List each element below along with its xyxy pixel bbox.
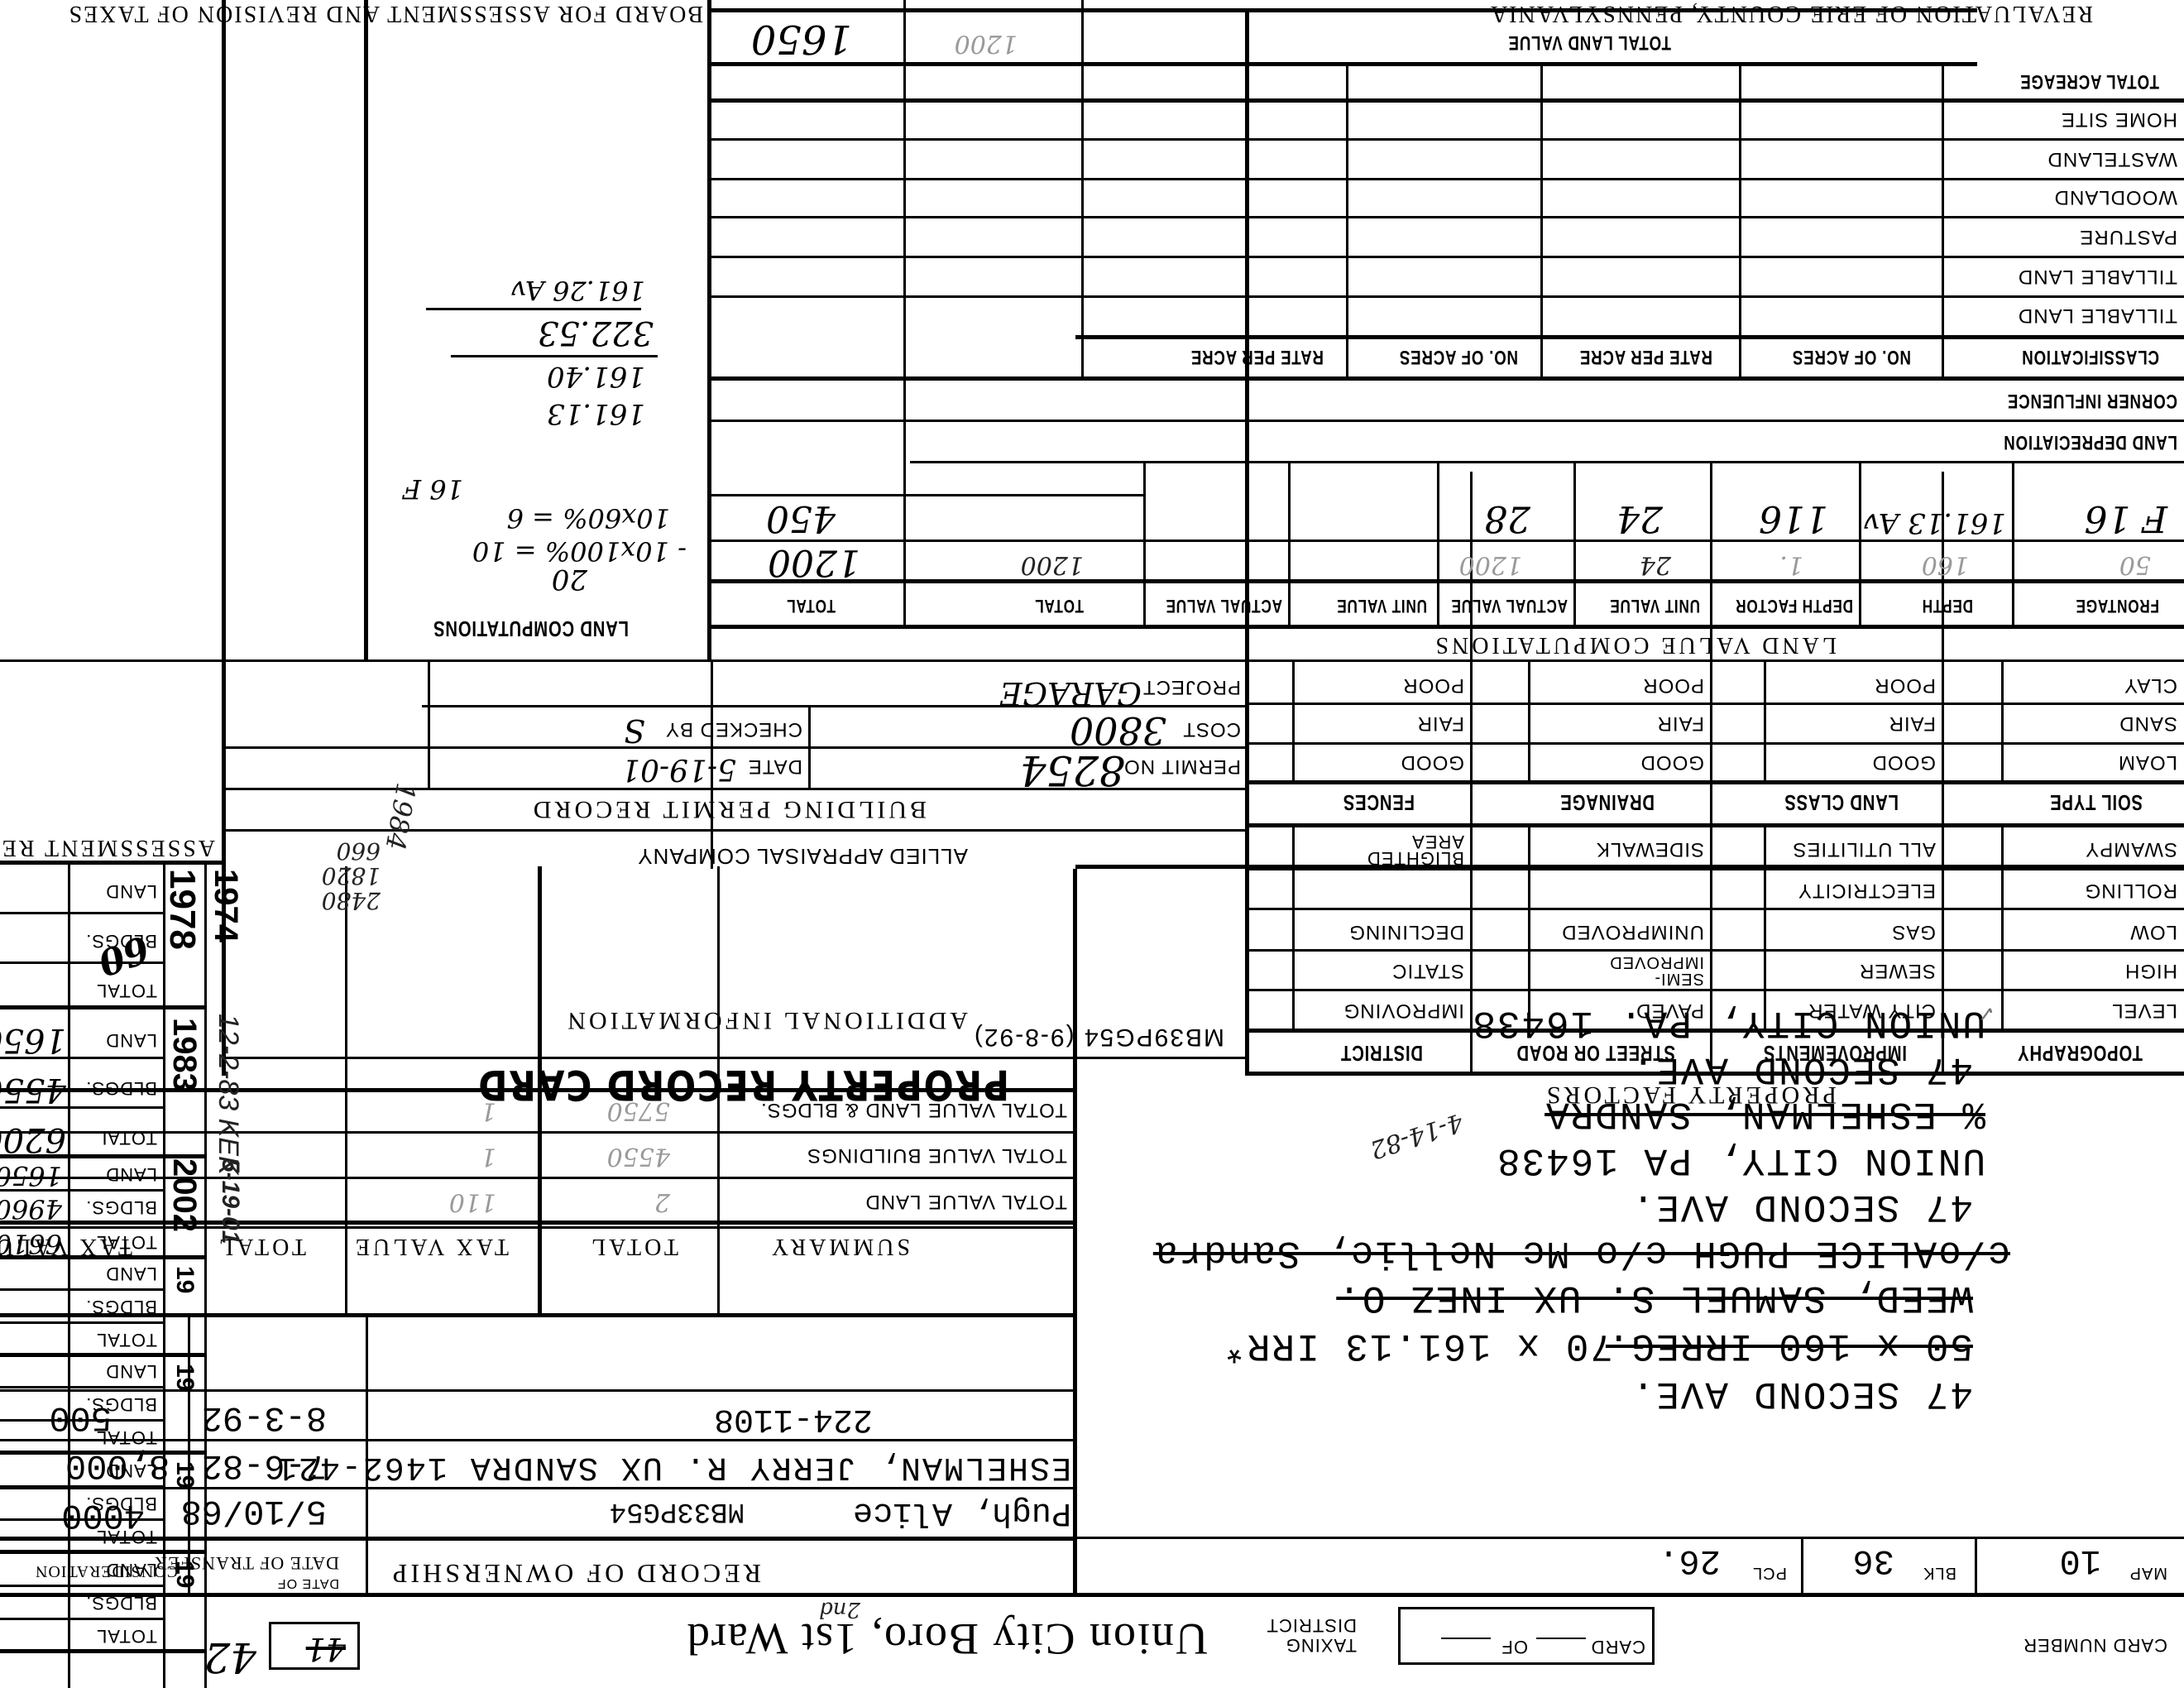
assess-bldgs-label: BLDGS. [85,1493,157,1514]
soil-sand[interactable]: SAND [2119,712,2177,735]
owner-name: ESHELMAN, JERRY R. UX SANDRA 1462-421 [275,1448,1071,1485]
permit-cost-label: COST [1182,717,1241,741]
additional-note: 2480 [322,887,381,914]
drainage-good[interactable]: GOOD [1640,750,1704,774]
class-row-label: HOME SITE [2061,108,2177,131]
assess-land-label: LAND [105,1360,157,1382]
summary-row-total: 2 [654,1187,670,1216]
address-line: 47 SECOND AVE. [1631,1185,1973,1228]
taxing-district-value: Union City Boro, 1st Ward [686,1614,1208,1665]
fences-poor[interactable]: POOR [1402,674,1464,697]
checked-by-label: CHECKED BY [665,717,802,741]
lv-header: ACTUAL VALUE [1451,595,1568,616]
permit-date-value: 5-19-01 [621,752,736,786]
assess-land-label: LAND [105,880,157,902]
pf-topo-item[interactable]: ROLLING [2085,879,2177,902]
total-land-value-b: 1200 [955,29,1018,58]
map-label: MAP [2129,1563,2167,1582]
computation-line: 161.40 [547,360,645,393]
class-header: RATE PER ACRE [1579,345,1712,368]
lv-cell: 50 [2119,550,2151,579]
assess-side-note: 5-19-01 [216,1158,244,1244]
assess-year: 2002 [165,1158,203,1232]
summary-row-label: TOTAL VALUE BUILDINGS [807,1144,1067,1167]
soil-loam[interactable]: LOAM [2118,750,2177,774]
box-annotation: 42 [204,1633,256,1681]
lv-header: UNIT VALUE [1337,595,1427,616]
owner-date: 8-3-92 [202,1398,327,1437]
summary-title: SUMMARY [769,1233,910,1259]
blk-value: 36 [1853,1541,1894,1580]
lv-cell: 450 [766,497,836,539]
assess-year: 1983 [165,1018,203,1091]
pf-impr-item[interactable]: SEWER [1859,959,1936,982]
lv-header: FRONTAGE [2076,595,2159,616]
pf-fences-header: FENCES [1343,789,1415,815]
fences-good[interactable]: GOOD [1401,750,1464,774]
address-annotation: 4-14-82 [1367,1107,1467,1164]
lv-cell: 1200 [1021,550,1084,579]
address-line: 47 SECOND AVE. [1631,1372,1973,1415]
pf-header-improvements: IMPROVEMENTS [1763,1040,1907,1066]
computation-line: 161.13 [547,397,645,430]
lv-header: TOTAL [786,595,836,616]
assess-year: 19 [170,1461,199,1489]
checked-by-value: S [624,712,645,749]
pcl-label: PCL [1752,1563,1787,1582]
computation-line: 20 [552,563,587,596]
summary-row-tax: 1 [481,1142,496,1171]
taxing-district-annotation: 2nd [819,1597,860,1622]
assess-land: 1650 [0,1021,66,1059]
computation-line: 322.53 [538,314,654,352]
owner-name: 224-1108 [714,1400,873,1437]
assess-land-label: LAND [105,1263,157,1284]
assess-bldgs: 4960 [0,1193,62,1225]
pf-street-item[interactable]: PAVED [1636,999,1704,1022]
address-line: c/oALICE PUGH c/o Mc Nellie, Sandra [1153,1231,2010,1274]
assess-land-label: LAND [105,1559,157,1580]
lv-cell: 116 [1759,497,1828,539]
fences-fair[interactable]: FAIR [1417,712,1464,735]
permit-no-value: 8254 [1020,746,1125,794]
land-depreciation-label: LAND DEPRECIATION [2003,430,2177,453]
assess-year: 19 [170,1364,199,1391]
pf-district-item[interactable]: STATIC [1391,959,1464,982]
pf-district-item[interactable]: DECLINING [1348,920,1464,943]
assess-side-note: 1974 [207,869,244,942]
card-number-label: CARD NUMBER [2023,1635,2167,1655]
pf-header-street: STREET OR ROAD [1516,1040,1675,1066]
assess-year: 19 [170,1266,199,1293]
pf-district-item[interactable]: BLIGHTED AREA [1348,833,1464,866]
check-mark-icon: ✓ [1977,1000,1995,1026]
owner-date: 7-6-82 [202,1446,327,1485]
lv-cell: 160 [1922,550,1969,579]
computation-line: 16 F [403,473,463,505]
class-header: CLASSIFICATION [2021,345,2159,368]
computation-line: 161.26 Av [511,275,645,306]
address-line: UNION CITY, PA 16438 [1496,1139,1985,1182]
pf-impr-item[interactable]: ALL UTILITIES [1793,837,1937,861]
property-record-card: CARD NUMBER CARD OF TAXING DISTRICT Unio… [0,0,2184,1688]
property-factors-title: PROPERTY FACTORS [1544,1081,1837,1109]
total-land-value: 1650 [751,16,852,62]
assess-total-label: TOTAL [96,980,157,1001]
assess-land-label: LAND [105,1163,157,1185]
lv-header: TOTAL [1034,595,1084,616]
owner-name: Pugh, Alice [853,1494,1071,1531]
assess-side-note: 12-2-83 KEK [212,1014,244,1175]
pf-impr-item[interactable]: CITY WATER [1808,999,1936,1022]
class-header: NO. OF ACRES [1792,345,1911,368]
assess-bldgs-label: BLDGS. [85,1592,157,1614]
assess-total-label: TOTAL [96,1329,157,1350]
assess-total: 6610 [0,1228,62,1259]
lv-cell: 1. [1779,550,1803,579]
of-label: OF [1501,1636,1528,1657]
land-computations-title: LAND COMPUTATIONS [433,616,629,641]
assess-bldgs-label: BLDGS. [85,1393,157,1415]
appraisal-company: ALLIED APPRAISAL COMPANY [637,843,968,869]
taxing-district-label: TAXING DISTRICT [1249,1615,1357,1655]
lv-cell: 24 [1640,550,1671,579]
assess-bldgs-label: BLDGS. [85,1077,157,1099]
assess-bldgs-label: BLDGS. [85,1196,157,1218]
assess-land: 1650 [0,1160,62,1192]
box-number-value: 41 [306,1631,346,1667]
soil-clay[interactable]: CLAY [2124,674,2177,697]
address-line: 70 x 161.13 IRR* [1221,1324,1613,1367]
lv-cell: 161.13 Av [1864,506,2006,539]
card-box-number: 41 [269,1622,360,1670]
lv-cell: 28 [1484,497,1530,539]
assess-year: 19 [170,1561,199,1588]
blk-label: BLK [1923,1563,1956,1582]
computation-line: - 10x100% = 10 [472,535,687,567]
land-class-fair[interactable]: FAIR [1889,712,1936,735]
pf-topo-item[interactable]: LEVEL [2111,999,2177,1022]
assess-total-label: TOTAL [96,1526,157,1547]
assess-land-label: LAND [105,1460,157,1481]
assess-total-label: TOTAL [96,1127,157,1149]
permit-margin-note: 1984 [379,780,422,852]
map-value: 10 [2060,1541,2101,1580]
lv-cell: F 16 [2084,497,2167,539]
pf-impr-item[interactable]: ELECTRICITY [1798,879,1936,902]
land-class-good[interactable]: GOOD [1872,750,1936,774]
permit-cost-value: 3800 [1070,708,1166,753]
address-line: WEED, SAMUEL S. UX INEZ O. [1336,1276,1973,1319]
pf-land-class-header: LAND CLASS [1784,789,1899,815]
summary-col-total: TOTAL [588,1233,678,1259]
class-row-label: WASTELAND [2047,147,2177,170]
header-right-title: BOARD FOR ASSESSMENT AND REVISION OF TAX… [68,0,703,26]
drainage-fair[interactable]: FAIR [1657,712,1704,735]
land-value-title: LAND VALUE COMPUTATIONS [1432,631,1837,658]
class-row-label: TOTAL ACREAGE [2019,70,2159,93]
corner-influence-label: CORNER INFLUENCE [2007,389,2177,412]
project-value: GARAGE [999,675,1142,712]
pf-topo-item[interactable]: HIGH [2124,959,2177,982]
lv-cell: 24 [1616,497,1663,539]
assess-land-label: LAND [105,1029,157,1051]
project-label: PROJECT [1142,675,1241,698]
drainage-poor[interactable]: POOR [1642,674,1704,697]
pf-drainage-header: DRAINAGE [1560,789,1655,815]
assess-total-label: TOTAL [96,1231,157,1253]
pf-street-item[interactable]: SEMI-IMPROVED [1621,954,1704,987]
additional-note: 660 [337,837,381,865]
class-row-label: PASTURE [2079,225,2177,248]
class-header: RATE PER ACRE [1190,345,1324,368]
building-permit-title: BUILDING PERMIT RECORD [530,795,927,823]
total-land-value-label: TOTAL LAND VALUE [1508,31,1671,54]
summary-col-tax: TAX VALUE [352,1233,509,1259]
pf-street-item[interactable]: SIDEWALK [1596,837,1704,861]
card-label: CARD [1591,1636,1645,1657]
class-header: NO. OF ACRES [1399,345,1518,368]
assess-bldgs-label: BLDGS. [85,1296,157,1317]
address-line: 50 x 160 IRREG. [1606,1324,1973,1367]
date-of-label: DATE OF [277,1575,339,1590]
owner-date: 5/10/68 [181,1491,327,1531]
pf-topo-item[interactable]: LOW [2129,920,2177,943]
pf-soil-type-header: SOIL TYPE [2049,789,2143,815]
header-left-title: REVALUATION OF ERIE COUNTY, PENNSYLVANIA [1489,0,2093,26]
permit-date-label: DATE [748,755,802,778]
lv-header: DEPTH FACTOR [1735,595,1853,616]
ownership-title: RECORD OF OWNERSHIP [390,1558,761,1589]
summary-row-label: TOTAL VALUE LAND [864,1190,1067,1213]
pf-impr-item[interactable]: GAS [1891,920,1936,943]
assess-total-label: TOTAL [96,1427,157,1448]
card-of-box[interactable]: CARD OF [1398,1607,1655,1665]
computation-line: 10x60% = 6 [507,502,670,534]
lv-header: DEPTH [1922,595,1973,616]
pf-district-item[interactable]: IMPROVING [1343,999,1464,1022]
assess-total-label: TOTAL [96,1625,157,1647]
owner-book: MB33PG54 [610,1495,745,1527]
class-row-label: TILLABLE LAND [2018,304,2177,327]
book-ref: MB39PG54 (9-8-92) [973,1023,1224,1051]
pf-header-district: DISTRICT [1340,1040,1423,1066]
pcl-value: 26. [1658,1541,1721,1580]
lv-cell: 1200 [768,541,860,583]
pf-header-topography: TOPOGRAPHY [2017,1040,2143,1066]
lv-header: UNIT VALUE [1610,595,1700,616]
pf-topo-item[interactable]: SWAMPY [2085,837,2177,861]
summary-row-tax: 110 [449,1187,496,1216]
summary-row-total: 4550 [607,1142,670,1171]
assess-total: 6200 [0,1120,66,1158]
card-title: PROPERTY RECORD CARD [477,1061,1009,1109]
assess-bldgs: 4550 [0,1071,66,1109]
pf-street-item[interactable]: UNIMPROVED [1561,920,1704,943]
class-row-label: WOODLAND [2054,185,2177,209]
permit-no-label: PERMIT NO. [1117,755,1241,778]
additional-info-title: ADDITIONAL INFORMATION [564,1006,968,1034]
additional-note: 1820 [322,862,381,890]
land-class-poor[interactable]: POOR [1874,674,1936,697]
lv-header: ACTUAL VALUE [1166,595,1282,616]
class-row-label: TILLABLE LAND [2018,265,2177,288]
lv-cell: 1200 [1459,550,1522,579]
assess-year: 1978 [161,869,203,950]
assessment-title: ASSESSMENT RECORD [0,834,215,861]
